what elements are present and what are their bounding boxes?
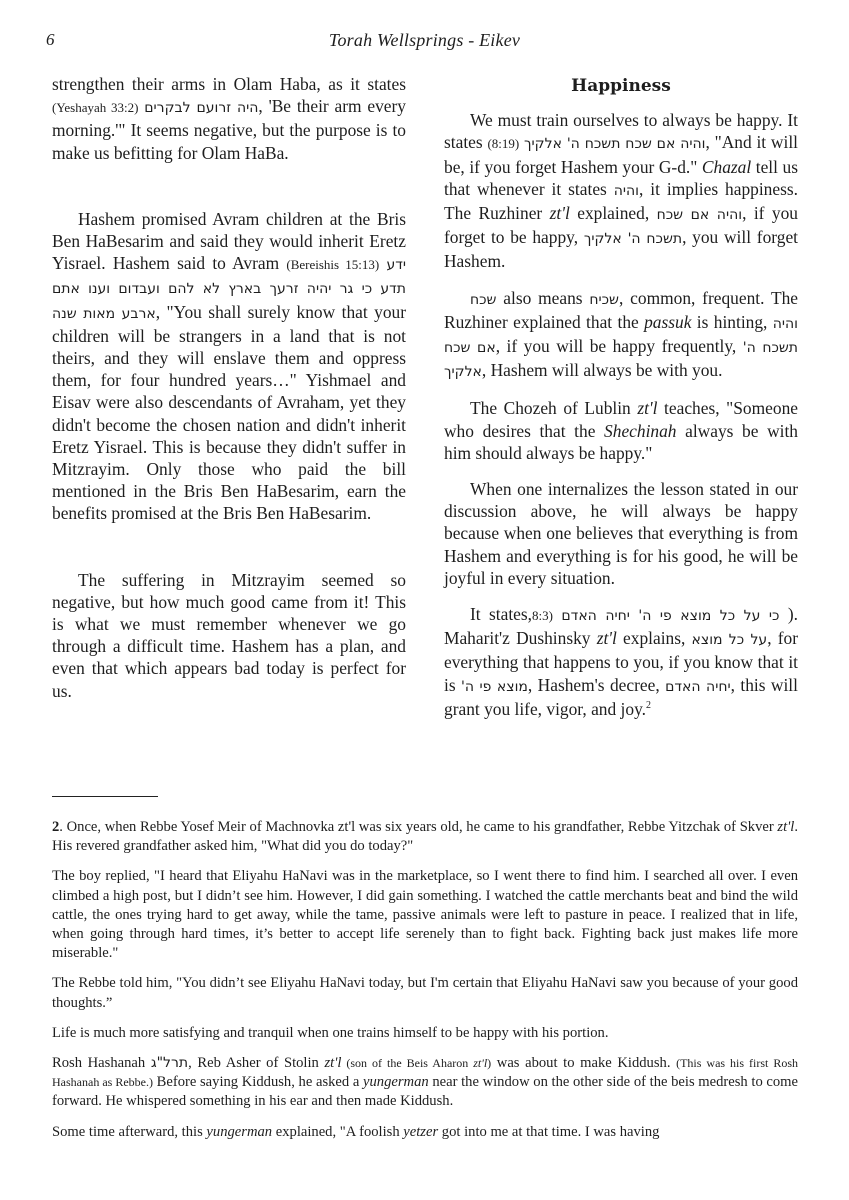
page-header: 6 Torah Wellsprings - Eikev [46, 30, 803, 54]
citation: (Yeshayah 33:2) [52, 100, 138, 115]
footnote-reference[interactable]: 2 [646, 700, 651, 711]
paragraph: strengthen their arms in Olam Haba, as i… [52, 73, 406, 164]
paragraph: When one internalizes the lesson stated … [444, 478, 798, 589]
paragraph: The Chozeh of Lublin zt'l teaches, "Some… [444, 397, 798, 464]
footnote-paragraph: The boy replied, "I heard that Eliyahu H… [52, 867, 798, 963]
footnotes: 2. Once, when Rebbe Yosef Meir of Machno… [52, 818, 798, 1153]
paragraph: שכח also means שכיח, common, frequent. T… [444, 287, 798, 384]
citation: (8:19) [487, 136, 519, 151]
citation: (Bereishis 15:13) [286, 257, 379, 272]
footnote: 2. Once, when Rebbe Yosef Meir of Machno… [52, 818, 798, 856]
paragraph: We must train ourselves to always be hap… [444, 109, 798, 272]
running-title: Torah Wellsprings - Eikev [46, 30, 803, 51]
footnote-paragraph: Some time afterward, this yungerman expl… [52, 1123, 798, 1142]
paragraph: The suffering in Mitzrayim seemed so neg… [52, 569, 406, 702]
footnote-paragraph: Rosh Hashanah תרל"ג, Reb Asher of Stolin… [52, 1054, 798, 1112]
section-heading: Happiness [444, 75, 798, 97]
paragraph: Hashem promised Avram children at the Br… [52, 208, 406, 525]
footnote-paragraph: Life is much more satisfying and tranqui… [52, 1024, 798, 1043]
hebrew-quote: היה זרועם לבקרים [144, 100, 258, 116]
footnote-paragraph: The Rebbe told him, "You didn’t see Eliy… [52, 974, 798, 1012]
footnote-divider [52, 796, 158, 797]
paragraph: It states,8:3) כי על כל מוצא פי ה' יחיה … [444, 603, 798, 720]
right-column: Happiness We must train ourselves to alw… [444, 73, 798, 720]
left-column: strengthen their arms in Olam Haba, as i… [52, 73, 406, 702]
